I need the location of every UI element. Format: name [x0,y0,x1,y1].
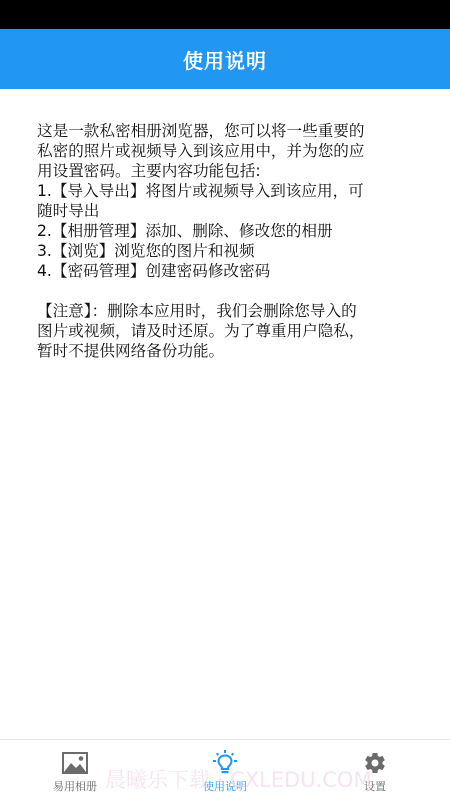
feature-item-password-management: 4.【密码管理】创建密码修改密码 [37,261,411,281]
tab-album[interactable]: 易用相册 [0,740,150,800]
notice-line: 【注意】：删除本应用时，我们会删除您导入的 [37,301,411,321]
tab-label: 易用相册 [53,778,97,794]
bottom-tab-bar: 易用相册 使用说明 设置 [0,739,450,800]
page-title: 使用说明 [183,45,267,74]
lightbulb-icon [211,751,239,775]
tab-instructions[interactable]: 使用说明 [150,740,300,800]
notice-line: 暂时不提供网络备份功能。 [37,341,411,361]
intro-paragraph: 这是一款私密相册浏览器，您可以将一些重要的 私密的照片或视频导入到该应用中，并为… [37,121,411,281]
notice-line: 图片或视频，请及时还原。为了尊重用户隐私， [37,321,411,341]
gear-icon [361,751,389,775]
app-header: 使用说明 [0,29,450,89]
status-bar [0,0,450,29]
tab-label: 使用说明 [203,778,247,794]
paragraph-gap [37,281,411,301]
intro-line: 这是一款私密相册浏览器，您可以将一些重要的 [37,121,411,141]
intro-line: 私密的照片或视频导入到该应用中，并为您的应 [37,141,411,161]
instructions-content: 这是一款私密相册浏览器，您可以将一些重要的 私密的照片或视频导入到该应用中，并为… [37,121,411,361]
notice-paragraph: 【注意】：删除本应用时，我们会删除您导入的 图片或视频，请及时还原。为了尊重用户… [37,301,411,361]
feature-item-import-export: 1.【导入导出】将图片或视频导入到该应用，可 [37,181,411,201]
feature-item-album-management: 2.【相册管理】添加、删除、修改您的相册 [37,221,411,241]
image-icon [61,751,89,775]
tab-settings[interactable]: 设置 [300,740,450,800]
intro-line: 用设置密码。主要内容功能包括: [37,161,411,181]
feature-item-browse: 3.【浏览】浏览您的图片和视频 [37,241,411,261]
tab-label: 设置 [364,778,386,794]
feature-item-import-export-cont: 随时导出 [37,201,411,221]
